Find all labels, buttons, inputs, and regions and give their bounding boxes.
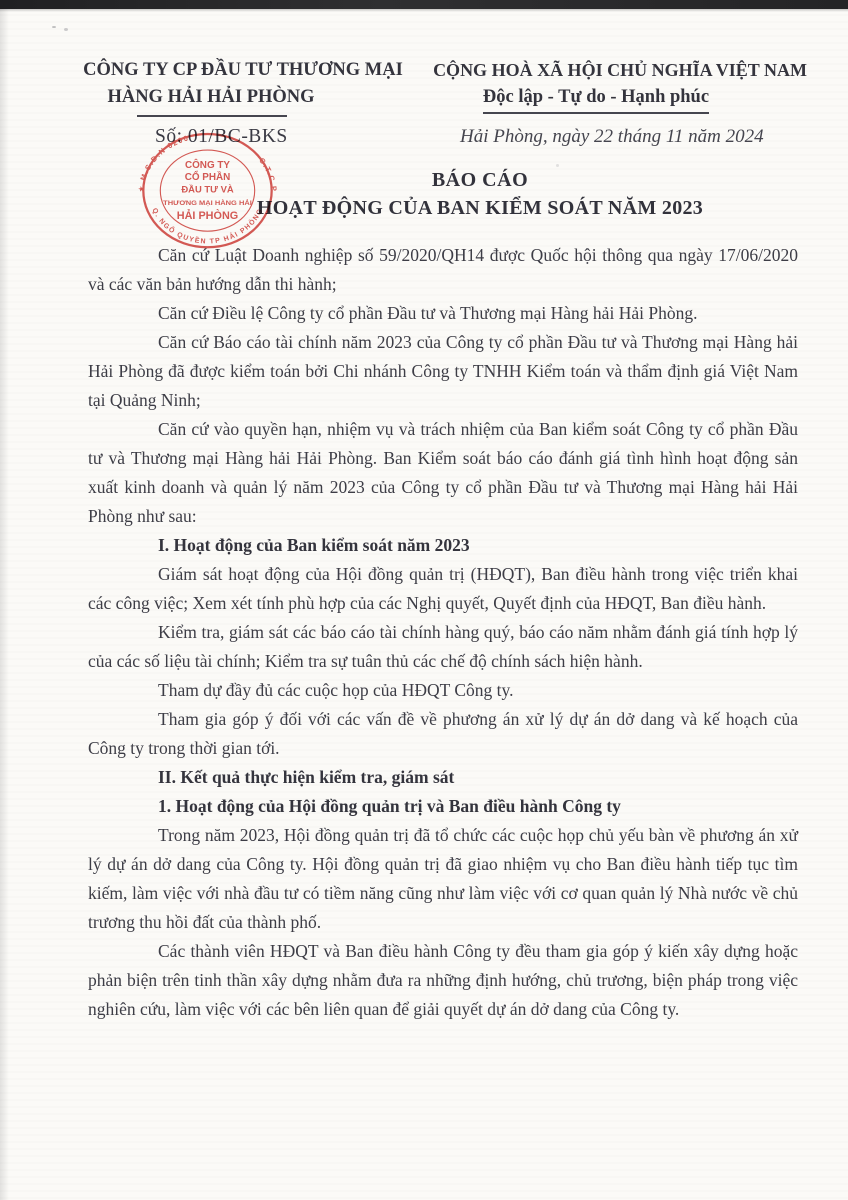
paragraph: Căn cứ Báo cáo tài chính năm 2023 của Cô… xyxy=(88,328,798,415)
paragraph: Căn cứ vào quyền hạn, nhiệm vụ và trách … xyxy=(88,415,798,531)
national-motto-block: CỘNG HOÀ XÃ HỘI CHỦ NGHĨA VIỆT NAM Độc l… xyxy=(420,57,820,114)
paragraph: Kiểm tra, giám sát các báo cáo tài chính… xyxy=(88,618,798,676)
scan-speck xyxy=(64,28,68,31)
stamp-center-line1: CÔNG TY xyxy=(185,159,230,171)
stamp-center-line3: ĐẦU TƯ VÀ xyxy=(181,184,234,195)
paragraph: Căn cứ Điều lệ Công ty cổ phần Đầu tư và… xyxy=(88,299,798,328)
report-body: Căn cứ Luật Doanh nghiệp số 59/2020/QH14… xyxy=(88,241,798,1024)
place-and-date: Hải Phòng, ngày 22 tháng 11 năm 2024 xyxy=(460,126,764,148)
stamp-center-line2: CỔ PHẦN xyxy=(185,171,231,183)
scanned-document-page: CÔNG TY CP ĐẦU TƯ THƯƠNG MẠI HÀNG HẢI HẢ… xyxy=(0,0,848,1200)
section-heading: I. Hoạt động của Ban kiểm soát năm 2023 xyxy=(88,531,798,560)
paragraph: Tham dự đầy đủ các cuộc họp của HĐQT Côn… xyxy=(88,676,798,705)
paragraph: Các thành viên HĐQT và Ban điều hành Côn… xyxy=(88,937,798,1024)
stamp-ring-text-right: -C.T.C.P xyxy=(255,153,279,193)
stamp-center-line5: HẢI PHÒNG xyxy=(177,209,238,222)
scan-speck xyxy=(52,26,56,28)
scanner-edge-band xyxy=(0,0,848,9)
company-stamp: ★ M.S.D.N 0200 -C.T.C.P Q. NGÔ QUYỀN TP … xyxy=(132,126,283,259)
paragraph: Tham gia góp ý đối với các vấn đề về phư… xyxy=(88,705,798,763)
stamp-center-line4: THƯƠNG MẠI HÀNG HẢI xyxy=(163,198,252,207)
company-name-line1: CÔNG TY CP ĐẦU TƯ THƯƠNG MẠI xyxy=(40,57,446,84)
company-name-line2: HÀNG HẢI HẢI PHÒNG xyxy=(8,84,414,111)
company-name-block: CÔNG TY CP ĐẦU TƯ THƯƠNG MẠI HÀNG HẢI HẢ… xyxy=(40,57,446,117)
subsection-heading: 1. Hoạt động của Hội đồng quản trị và Ba… xyxy=(88,792,798,821)
paragraph: Trong năm 2023, Hội đồng quản trị đã tổ … xyxy=(88,821,798,937)
section-heading: II. Kết quả thực hiện kiểm tra, giám sát xyxy=(88,763,798,792)
paragraph: Giám sát hoạt động của Hội đồng quản trị… xyxy=(88,560,798,618)
national-motto: Độc lập - Tự do - Hạnh phúc xyxy=(483,84,709,114)
national-title: CỘNG HOÀ XÃ HỘI CHỦ NGHĨA VIỆT NAM xyxy=(420,57,820,84)
header-rule xyxy=(137,115,287,117)
